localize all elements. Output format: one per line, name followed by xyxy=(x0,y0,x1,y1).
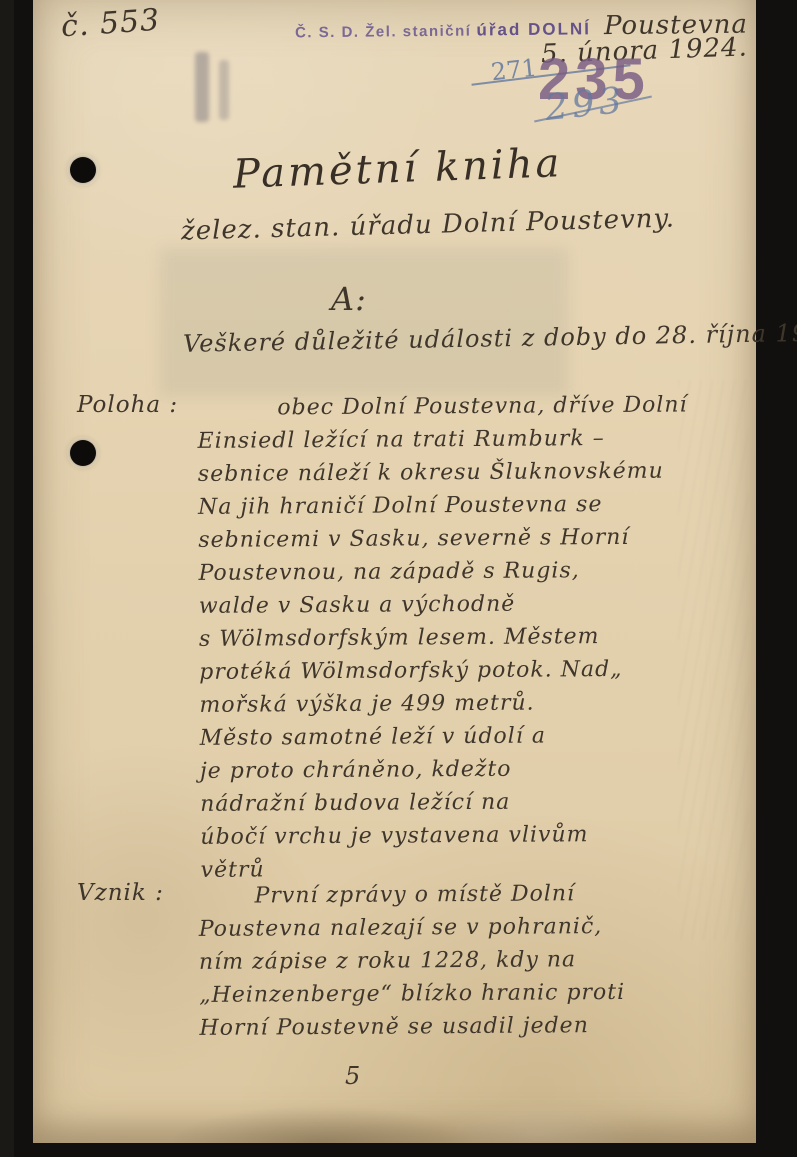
page-title: Pamětní kniha xyxy=(232,140,563,197)
handwriting-line: ním zápise z roku 1228, kdy na xyxy=(199,942,744,979)
office-stamp-text: Č. S. D. Žel. staniční xyxy=(295,23,472,42)
handwriting-line: je proto chráněno, kdežto xyxy=(200,751,745,788)
office-stamp-text-bold: úřad DOLNÍ xyxy=(476,19,591,39)
paper-crease xyxy=(33,1053,756,1143)
entry-label-vznik: Vznik : xyxy=(77,880,164,906)
handwriting-line: úbočí vrchu je vystavena vlivům xyxy=(200,817,745,854)
page-number: 5 xyxy=(345,1062,361,1090)
entry-label-poloha: Poloha : xyxy=(77,392,178,418)
paper-stain xyxy=(160,248,568,396)
entry-poloha: Poloha : obec Dolní Poustevna, dříve Dol… xyxy=(33,390,756,885)
handwriting-line: Horní Poustevně se usadil jeden xyxy=(199,1008,744,1045)
handwriting-line: sebnice náleží k okresu Šluknovskému xyxy=(198,454,743,491)
handwriting-line: sebnicemi v Sasku, severně s Horní xyxy=(198,520,743,557)
handwriting-line: Město samotné leží v údolí a xyxy=(200,718,745,755)
handwriting-line: walde v Sasku a východně xyxy=(199,586,744,623)
scanner-background: { "document": { "ref_number": "č. 553", … xyxy=(0,0,797,1157)
hole-punch-top xyxy=(70,157,96,183)
handwriting-line: Einsiedl ležící na trati Rumburk – xyxy=(198,421,743,458)
handwriting-line: nádražní budova ležící na xyxy=(200,784,745,821)
handwriting-line: Poustevna nalezají se v pohranič, xyxy=(199,909,744,946)
handwriting-line: mořská výška je 499 metrů. xyxy=(199,685,744,722)
handwriting-line: protéká Wölmsdorfský potok. Nad„ xyxy=(199,652,744,689)
reference-number: č. 553 xyxy=(60,3,161,45)
handwriting-line: „Heinzenberge“ blízko hranic proti xyxy=(199,975,744,1012)
handwriting-line: obec Dolní Poustevna, dříve Dolní xyxy=(197,388,742,425)
document-page: č. 553 Č. S. D. Žel. staniční úřad DOLNÍ… xyxy=(33,0,756,1143)
page-subtitle: želez. stan. úřadu Dolní Poustevny. xyxy=(181,204,676,247)
entry-vznik: Vznik : První zprávy o místě Dolní Poust… xyxy=(33,878,756,1043)
handwriting-line: s Wölmsdorfským lesem. Městem xyxy=(199,619,744,656)
handwriting-line: Na jih hraničí Dolní Poustevna se xyxy=(198,487,743,524)
entry-text-vznik: První zprávy o místě Dolní Poustevna nal… xyxy=(198,876,744,1045)
handwriting-line: První zprávy o místě Dolní xyxy=(198,876,743,913)
entry-text-poloha: obec Dolní Poustevna, dříve Dolní Einsie… xyxy=(197,388,745,887)
section-heading: A: xyxy=(331,280,367,318)
ink-smudge xyxy=(219,60,229,120)
ink-smudge xyxy=(195,52,209,122)
handwriting-line: Poustevnou, na západě s Rugis, xyxy=(198,553,743,590)
